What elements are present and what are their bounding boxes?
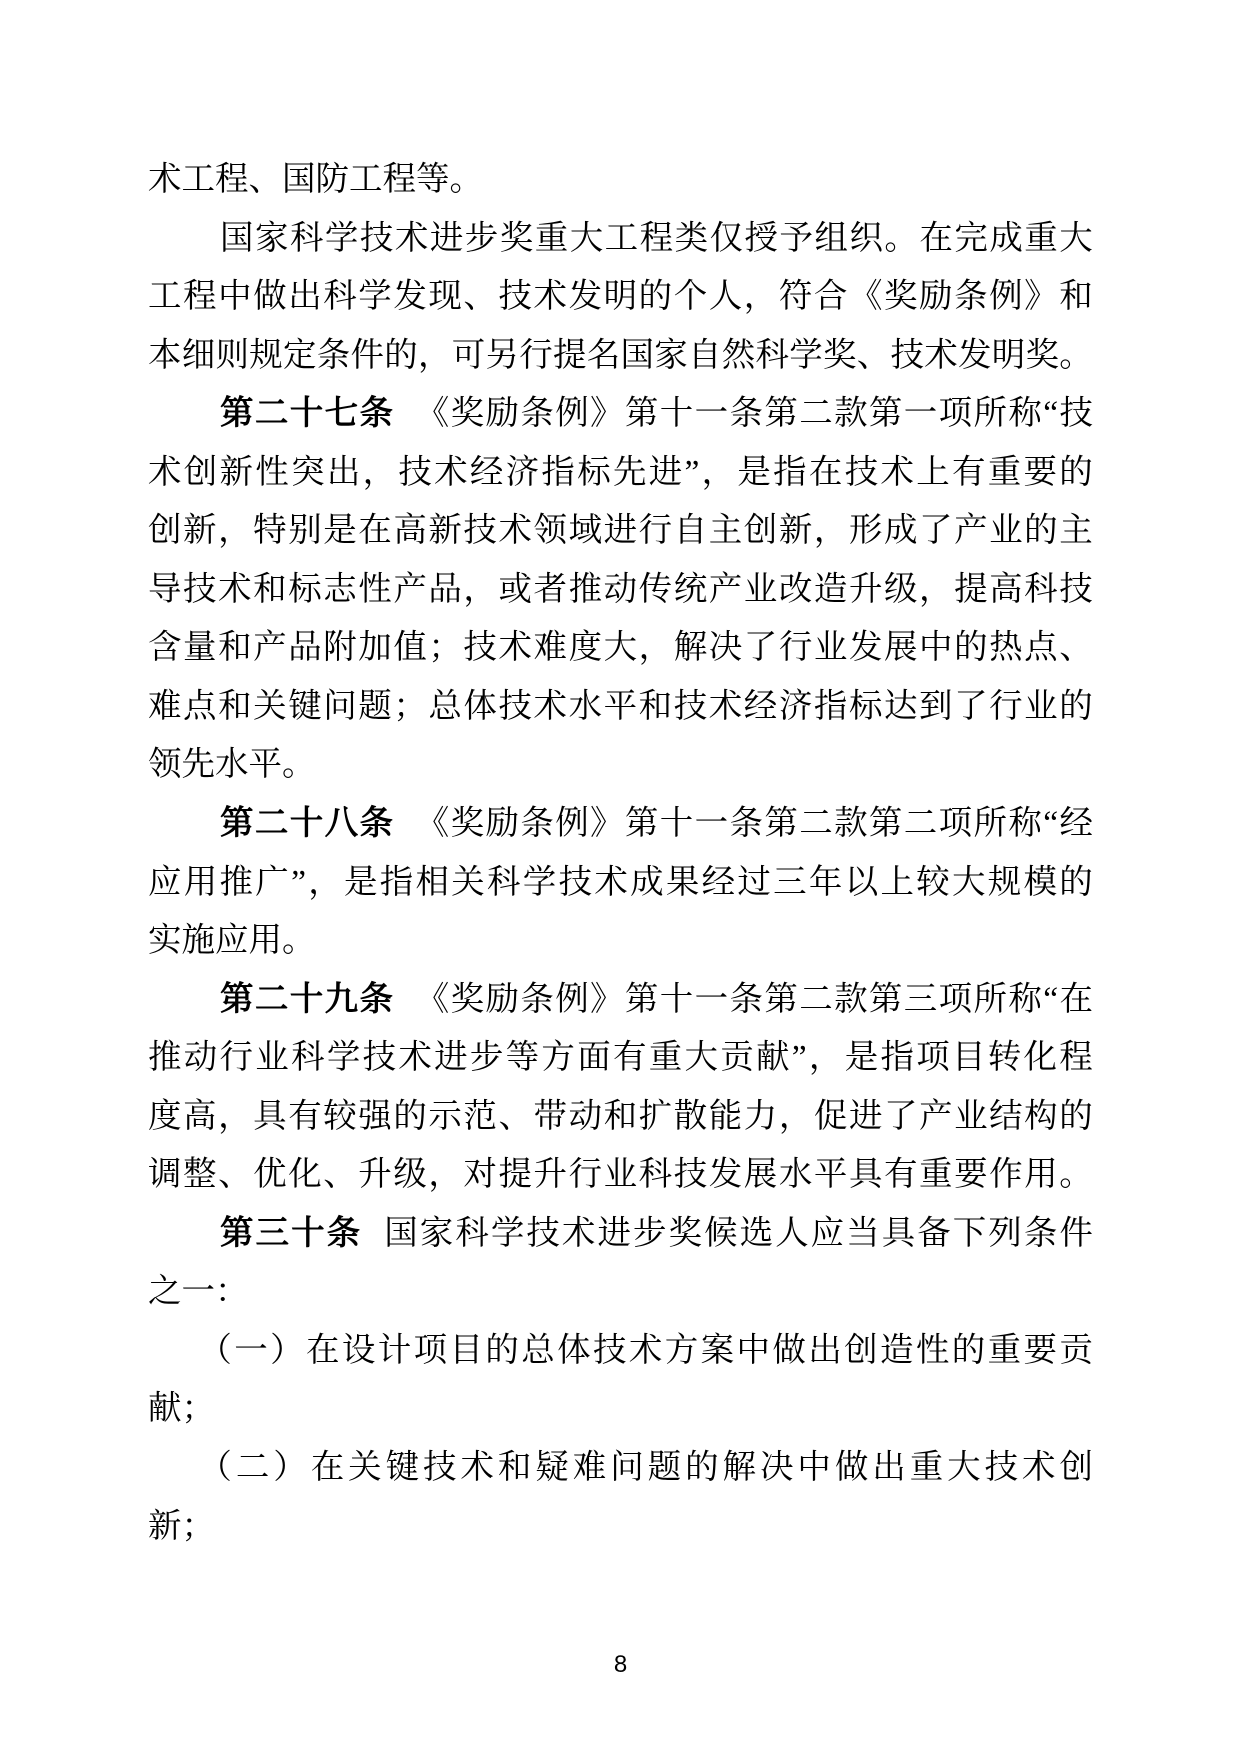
- text-line: 新；: [148, 1498, 1093, 1557]
- document-page: 术工程、国防工程等。国家科学技术进步奖重大工程类仅授予组织。在完成重大工程中做出…: [0, 0, 1241, 1754]
- text-line: 第二十九条 《奖励条例》第十一条第二款第三项所称“在: [148, 971, 1093, 1030]
- document-body: 术工程、国防工程等。国家科学技术进步奖重大工程类仅授予组织。在完成重大工程中做出…: [148, 151, 1093, 1556]
- text-line: 实施应用。: [148, 912, 1093, 971]
- text-line: 第三十条 国家科学技术进步奖候选人应当具备下列条件: [148, 1205, 1093, 1264]
- text-line: 度高，具有较强的示范、带动和扩散能力，促进了产业结构的: [148, 1088, 1093, 1147]
- text-line: 应用推广”，是指相关科学技术成果经过三年以上较大规模的: [148, 854, 1093, 913]
- text-line: 导技术和标志性产品，或者推动传统产业改造升级，提高科技: [148, 561, 1093, 620]
- text-line: 调整、优化、升级，对提升行业科技发展水平具有重要作用。: [148, 1146, 1093, 1205]
- text-line: 创新，特别是在高新技术领域进行自主创新，形成了产业的主: [148, 502, 1093, 561]
- text-line: 本细则规定条件的，可另行提名国家自然科学奖、技术发明奖。: [148, 327, 1093, 386]
- text-line: 术工程、国防工程等。: [148, 151, 1093, 210]
- text-line: 难点和关键问题；总体技术水平和技术经济指标达到了行业的: [148, 678, 1093, 737]
- text-line: 之一：: [148, 1263, 1093, 1322]
- page-number: 8: [614, 1651, 627, 1678]
- text-line: 领先水平。: [148, 736, 1093, 795]
- text-line: 含量和产品附加值；技术难度大，解决了行业发展中的热点、: [148, 619, 1093, 678]
- text-line: （一）在设计项目的总体技术方案中做出创造性的重要贡: [148, 1322, 1093, 1381]
- text-line: 第二十七条 《奖励条例》第十一条第二款第一项所称“技: [148, 385, 1093, 444]
- page-footer: 8: [0, 1650, 1241, 1680]
- text-line: （二）在关键技术和疑难问题的解决中做出重大技术创: [148, 1439, 1093, 1498]
- text-line: 国家科学技术进步奖重大工程类仅授予组织。在完成重大: [148, 210, 1093, 269]
- text-line: 工程中做出科学发现、技术发明的个人，符合《奖励条例》和: [148, 268, 1093, 327]
- text-line: 推动行业科学技术进步等方面有重大贡献”，是指项目转化程: [148, 1029, 1093, 1088]
- text-line: 献；: [148, 1380, 1093, 1439]
- text-line: 术创新性突出，技术经济指标先进”，是指在技术上有重要的: [148, 444, 1093, 503]
- text-line: 第二十八条 《奖励条例》第十一条第二款第二项所称“经: [148, 795, 1093, 854]
